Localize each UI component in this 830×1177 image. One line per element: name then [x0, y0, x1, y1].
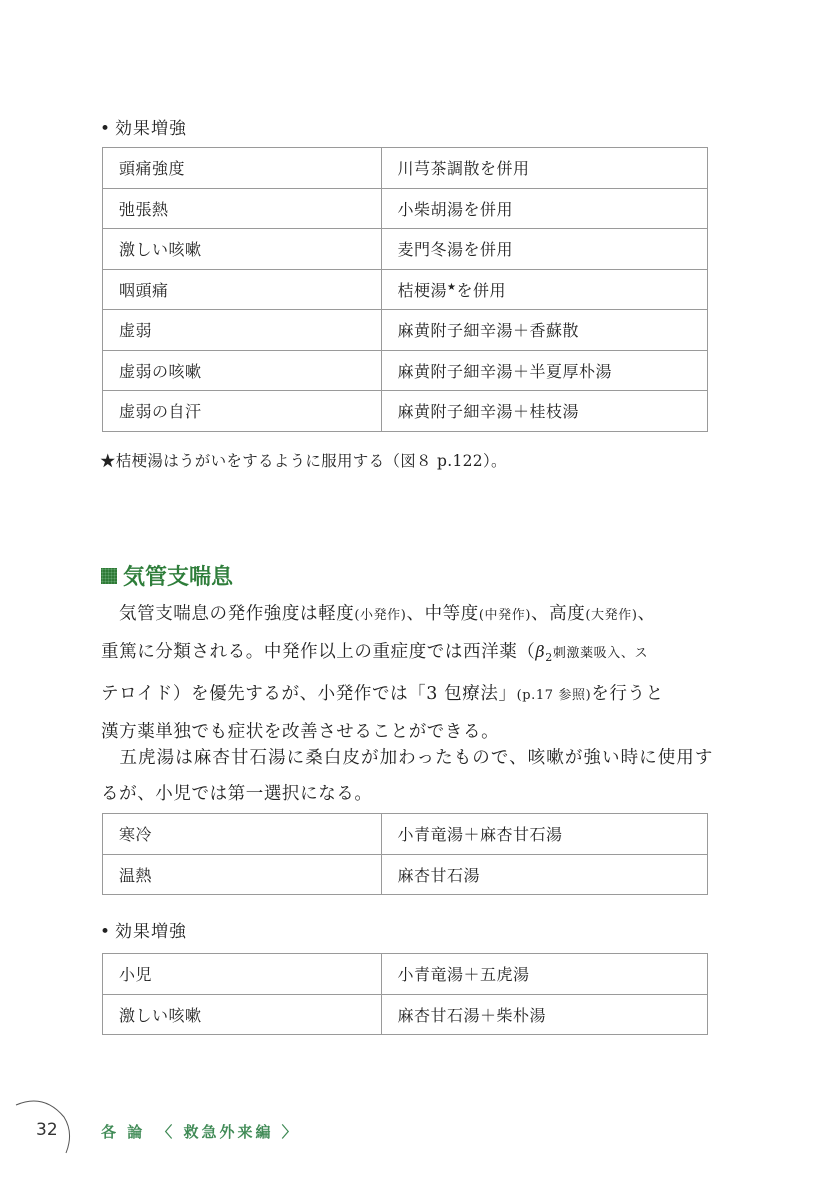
condition-cell: 弛張熱	[103, 188, 382, 229]
text: β	[535, 642, 545, 661]
bullet-icon: •	[100, 922, 111, 942]
table-row: 頭痛強度 川芎茶調散を併用	[103, 148, 708, 189]
table-row: 温熱 麻杏甘石湯	[103, 854, 708, 895]
treatment-cell: 川芎茶調散を併用	[381, 148, 707, 189]
running-head: 各 論〈 救急外来編 〉	[101, 1121, 300, 1142]
text: 気管支喘息の発作強度は軽度	[119, 604, 354, 624]
condition-cell: 小児	[103, 954, 382, 995]
bullet-heading-effect-boost: •効果増強	[100, 917, 187, 942]
treatment-cell: 麻黄附子細辛湯＋香蘇散	[381, 310, 707, 351]
treatment-cell: 麻杏甘石湯	[381, 854, 707, 895]
page-reference: (p.17 参照)	[517, 688, 592, 703]
section-title-text: 気管支喘息	[123, 560, 233, 591]
page-number: 32	[36, 1120, 58, 1140]
paragraph-severity: 気管支喘息の発作強度は軽度(小発作)、中等度(中発作)、高度(大発作)、 重篤に…	[101, 596, 713, 750]
star-icon: ★	[447, 282, 456, 293]
text: 2	[545, 651, 553, 664]
treatment-text: を併用	[457, 281, 507, 300]
condition-cell: 咽頭痛	[103, 269, 382, 310]
treatment-text: 桔梗湯	[398, 281, 448, 300]
table-row: 咽頭痛 桔梗湯★を併用	[103, 269, 708, 310]
text: を行うと	[591, 684, 663, 704]
effect-boost-table: 頭痛強度 川芎茶調散を併用 弛張熱 小柴胡湯を併用 激しい咳嗽 麦門冬湯を併用 …	[102, 147, 708, 432]
condition-cell: 虚弱の自汗	[103, 391, 382, 432]
table-row: 小児 小青竜湯＋五虎湯	[103, 954, 708, 995]
treatment-cell: 小柴胡湯を併用	[381, 188, 707, 229]
treatment-cell: 麦門冬湯を併用	[381, 229, 707, 270]
treatment-cell: 麻杏甘石湯＋柴朴湯	[381, 994, 707, 1035]
table-row: 虚弱 麻黄附子細辛湯＋香蘇散	[103, 310, 708, 351]
footnote: ★桔梗湯はうがいをするように服用する（図８ p.122）。	[100, 449, 507, 471]
text: (小発作)	[354, 608, 406, 623]
text: テロイド）を優先するが、小発作では「3 包療法」	[101, 684, 517, 704]
treatment-cell: 小青竜湯＋五虎湯	[381, 954, 707, 995]
text: 五虎湯は麻杏甘石湯に桑白皮が加わったもので、咳嗽が強い時に使用するが、小児では第…	[101, 748, 713, 804]
condition-cell: 温熱	[103, 854, 382, 895]
text: (大発作)	[585, 608, 637, 623]
table-row: 虚弱の自汗 麻黄附子細辛湯＋桂枝湯	[103, 391, 708, 432]
table-row: 弛張熱 小柴胡湯を併用	[103, 188, 708, 229]
table-row: 激しい咳嗽 麦門冬湯を併用	[103, 229, 708, 270]
text: 、	[638, 604, 656, 624]
asthma-table: 寒冷 小青竜湯＋麻杏甘石湯 温熱 麻杏甘石湯	[102, 813, 708, 895]
beta-symbol: β2	[535, 642, 552, 661]
bullet-heading-text: 効果増強	[115, 119, 187, 139]
text: (中発作)	[479, 608, 531, 623]
running-head-chapter: 〈 救急外来編 〉	[157, 1123, 299, 1141]
treatment-cell: 小青竜湯＋麻杏甘石湯	[381, 814, 707, 855]
treatment-cell: 麻黄附子細辛湯＋半夏厚朴湯	[381, 350, 707, 391]
asthma-effect-boost-table: 小児 小青竜湯＋五虎湯 激しい咳嗽 麻杏甘石湯＋柴朴湯	[102, 953, 708, 1035]
bullet-heading-effect-boost: •効果増強	[100, 114, 187, 139]
condition-cell: 激しい咳嗽	[103, 229, 382, 270]
document-page: •効果増強 頭痛強度 川芎茶調散を併用 弛張熱 小柴胡湯を併用 激しい咳嗽 麦門…	[0, 0, 830, 1177]
table-row: 激しい咳嗽 麻杏甘石湯＋柴朴湯	[103, 994, 708, 1035]
bullet-heading-text: 効果増強	[115, 922, 187, 942]
bullet-icon: •	[100, 119, 111, 139]
condition-cell: 虚弱	[103, 310, 382, 351]
treatment-cell: 桔梗湯★を併用	[381, 269, 707, 310]
condition-cell: 寒冷	[103, 814, 382, 855]
text: 、高度	[531, 604, 585, 624]
paragraph-gokoto: 五虎湯は麻杏甘石湯に桑白皮が加わったもので、咳嗽が強い時に使用するが、小児では第…	[101, 740, 713, 812]
running-head-part: 各 論	[101, 1123, 145, 1141]
condition-cell: 激しい咳嗽	[103, 994, 382, 1035]
table-row: 寒冷 小青竜湯＋麻杏甘石湯	[103, 814, 708, 855]
text: 、中等度	[406, 604, 478, 624]
condition-cell: 頭痛強度	[103, 148, 382, 189]
condition-cell: 虚弱の咳嗽	[103, 350, 382, 391]
square-bullet-icon	[101, 568, 117, 584]
section-title: 気管支喘息	[101, 560, 233, 591]
text: 刺激薬吸入、ス	[553, 646, 648, 661]
treatment-cell: 麻黄附子細辛湯＋桂枝湯	[381, 391, 707, 432]
text: 重篤に分類される。中発作以上の重症度では西洋薬（	[101, 642, 535, 662]
table-row: 虚弱の咳嗽 麻黄附子細辛湯＋半夏厚朴湯	[103, 350, 708, 391]
